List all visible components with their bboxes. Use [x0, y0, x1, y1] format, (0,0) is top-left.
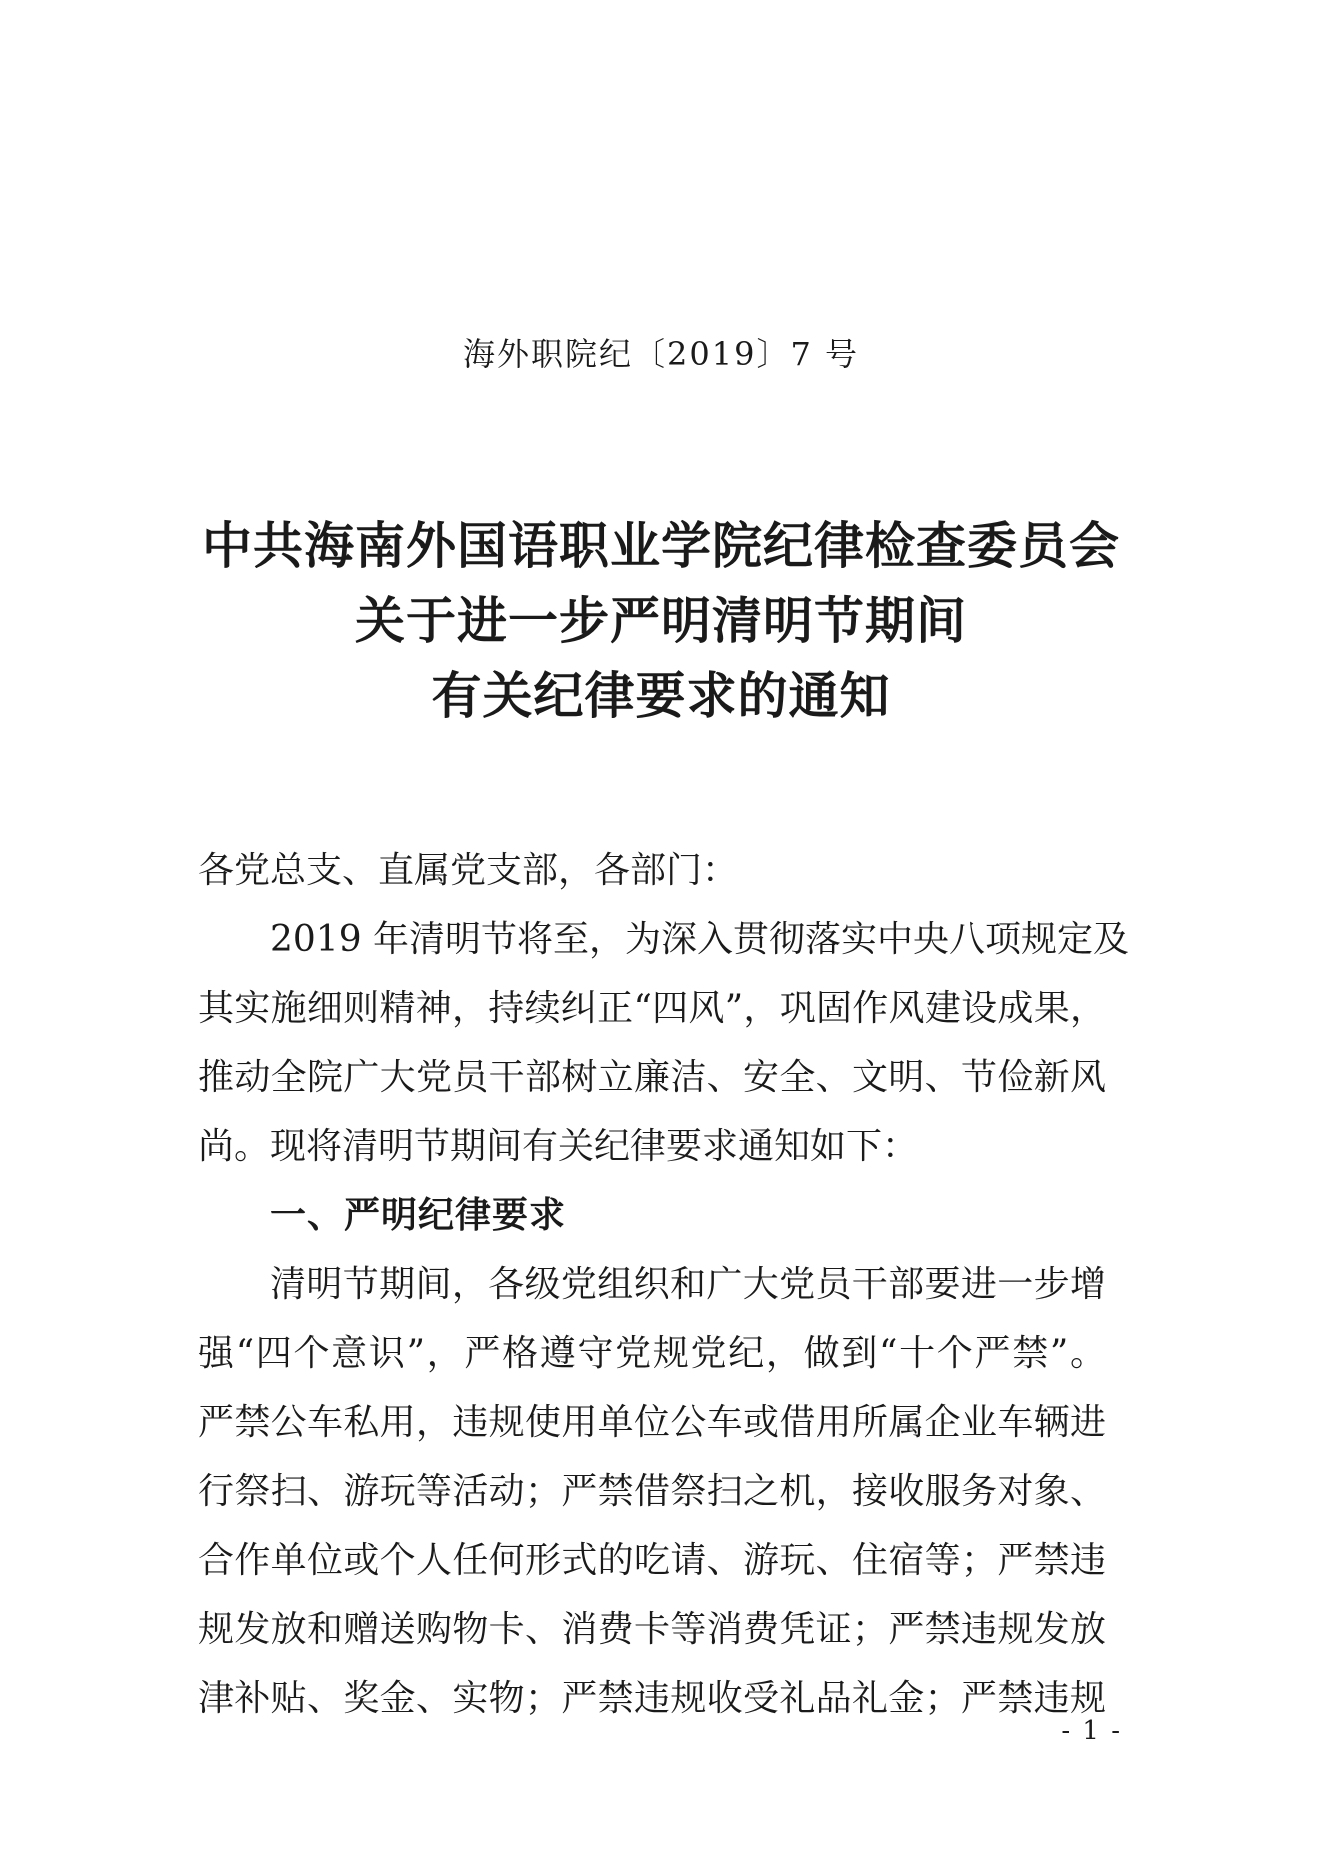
title-line-2: 关于进一步严明清明节期间 — [0, 583, 1322, 658]
body-line: 津补贴、奖金、实物；严禁违规收受礼品礼金；严禁违规 — [198, 1664, 1106, 1733]
document-number: 海外职院纪〔2019〕7 号 — [0, 332, 1322, 376]
body-line: 清明节期间，各级党组织和广大党员干部要进一步增 — [198, 1250, 1106, 1319]
body-line: 2019 年清明节将至，为深入贯彻落实中央八项规定及 — [198, 905, 1106, 974]
document-title: 中共海南外国语职业学院纪律检查委员会 关于进一步严明清明节期间 有关纪律要求的通… — [0, 508, 1322, 733]
title-line-1: 中共海南外国语职业学院纪律检查委员会 — [0, 508, 1322, 583]
title-line-3: 有关纪律要求的通知 — [0, 658, 1322, 733]
body-line: 其实施细则精神，持续纠正“四风”，巩固作风建设成果， — [198, 974, 1106, 1043]
body-line: 尚。现将清明节期间有关纪律要求通知如下： — [198, 1112, 1106, 1181]
salutation-line: 各党总支、直属党支部，各部门： — [198, 836, 1106, 905]
body-line: 合作单位或个人任何形式的吃请、游玩、住宿等；严禁违 — [198, 1526, 1106, 1595]
body-line: 行祭扫、游玩等活动；严禁借祭扫之机，接收服务对象、 — [198, 1457, 1106, 1526]
body-line: 严禁公车私用，违规使用单位公车或借用所属企业车辆进 — [198, 1388, 1106, 1457]
page-number: - 1 - — [1061, 1714, 1122, 1748]
body-line: 规发放和赠送购物卡、消费卡等消费凭证；严禁违规发放 — [198, 1595, 1106, 1664]
section-heading: 一、严明纪律要求 — [198, 1181, 1106, 1250]
document-page: 海外职院纪〔2019〕7 号 中共海南外国语职业学院纪律检查委员会 关于进一步严… — [0, 0, 1322, 1871]
document-body: 各党总支、直属党支部，各部门： 2019 年清明节将至，为深入贯彻落实中央八项规… — [198, 836, 1106, 1733]
body-line: 推动全院广大党员干部树立廉洁、安全、文明、节俭新风 — [198, 1043, 1106, 1112]
body-line: 强“四个意识”，严格遵守党规党纪，做到“十个严禁”。 — [198, 1319, 1106, 1388]
